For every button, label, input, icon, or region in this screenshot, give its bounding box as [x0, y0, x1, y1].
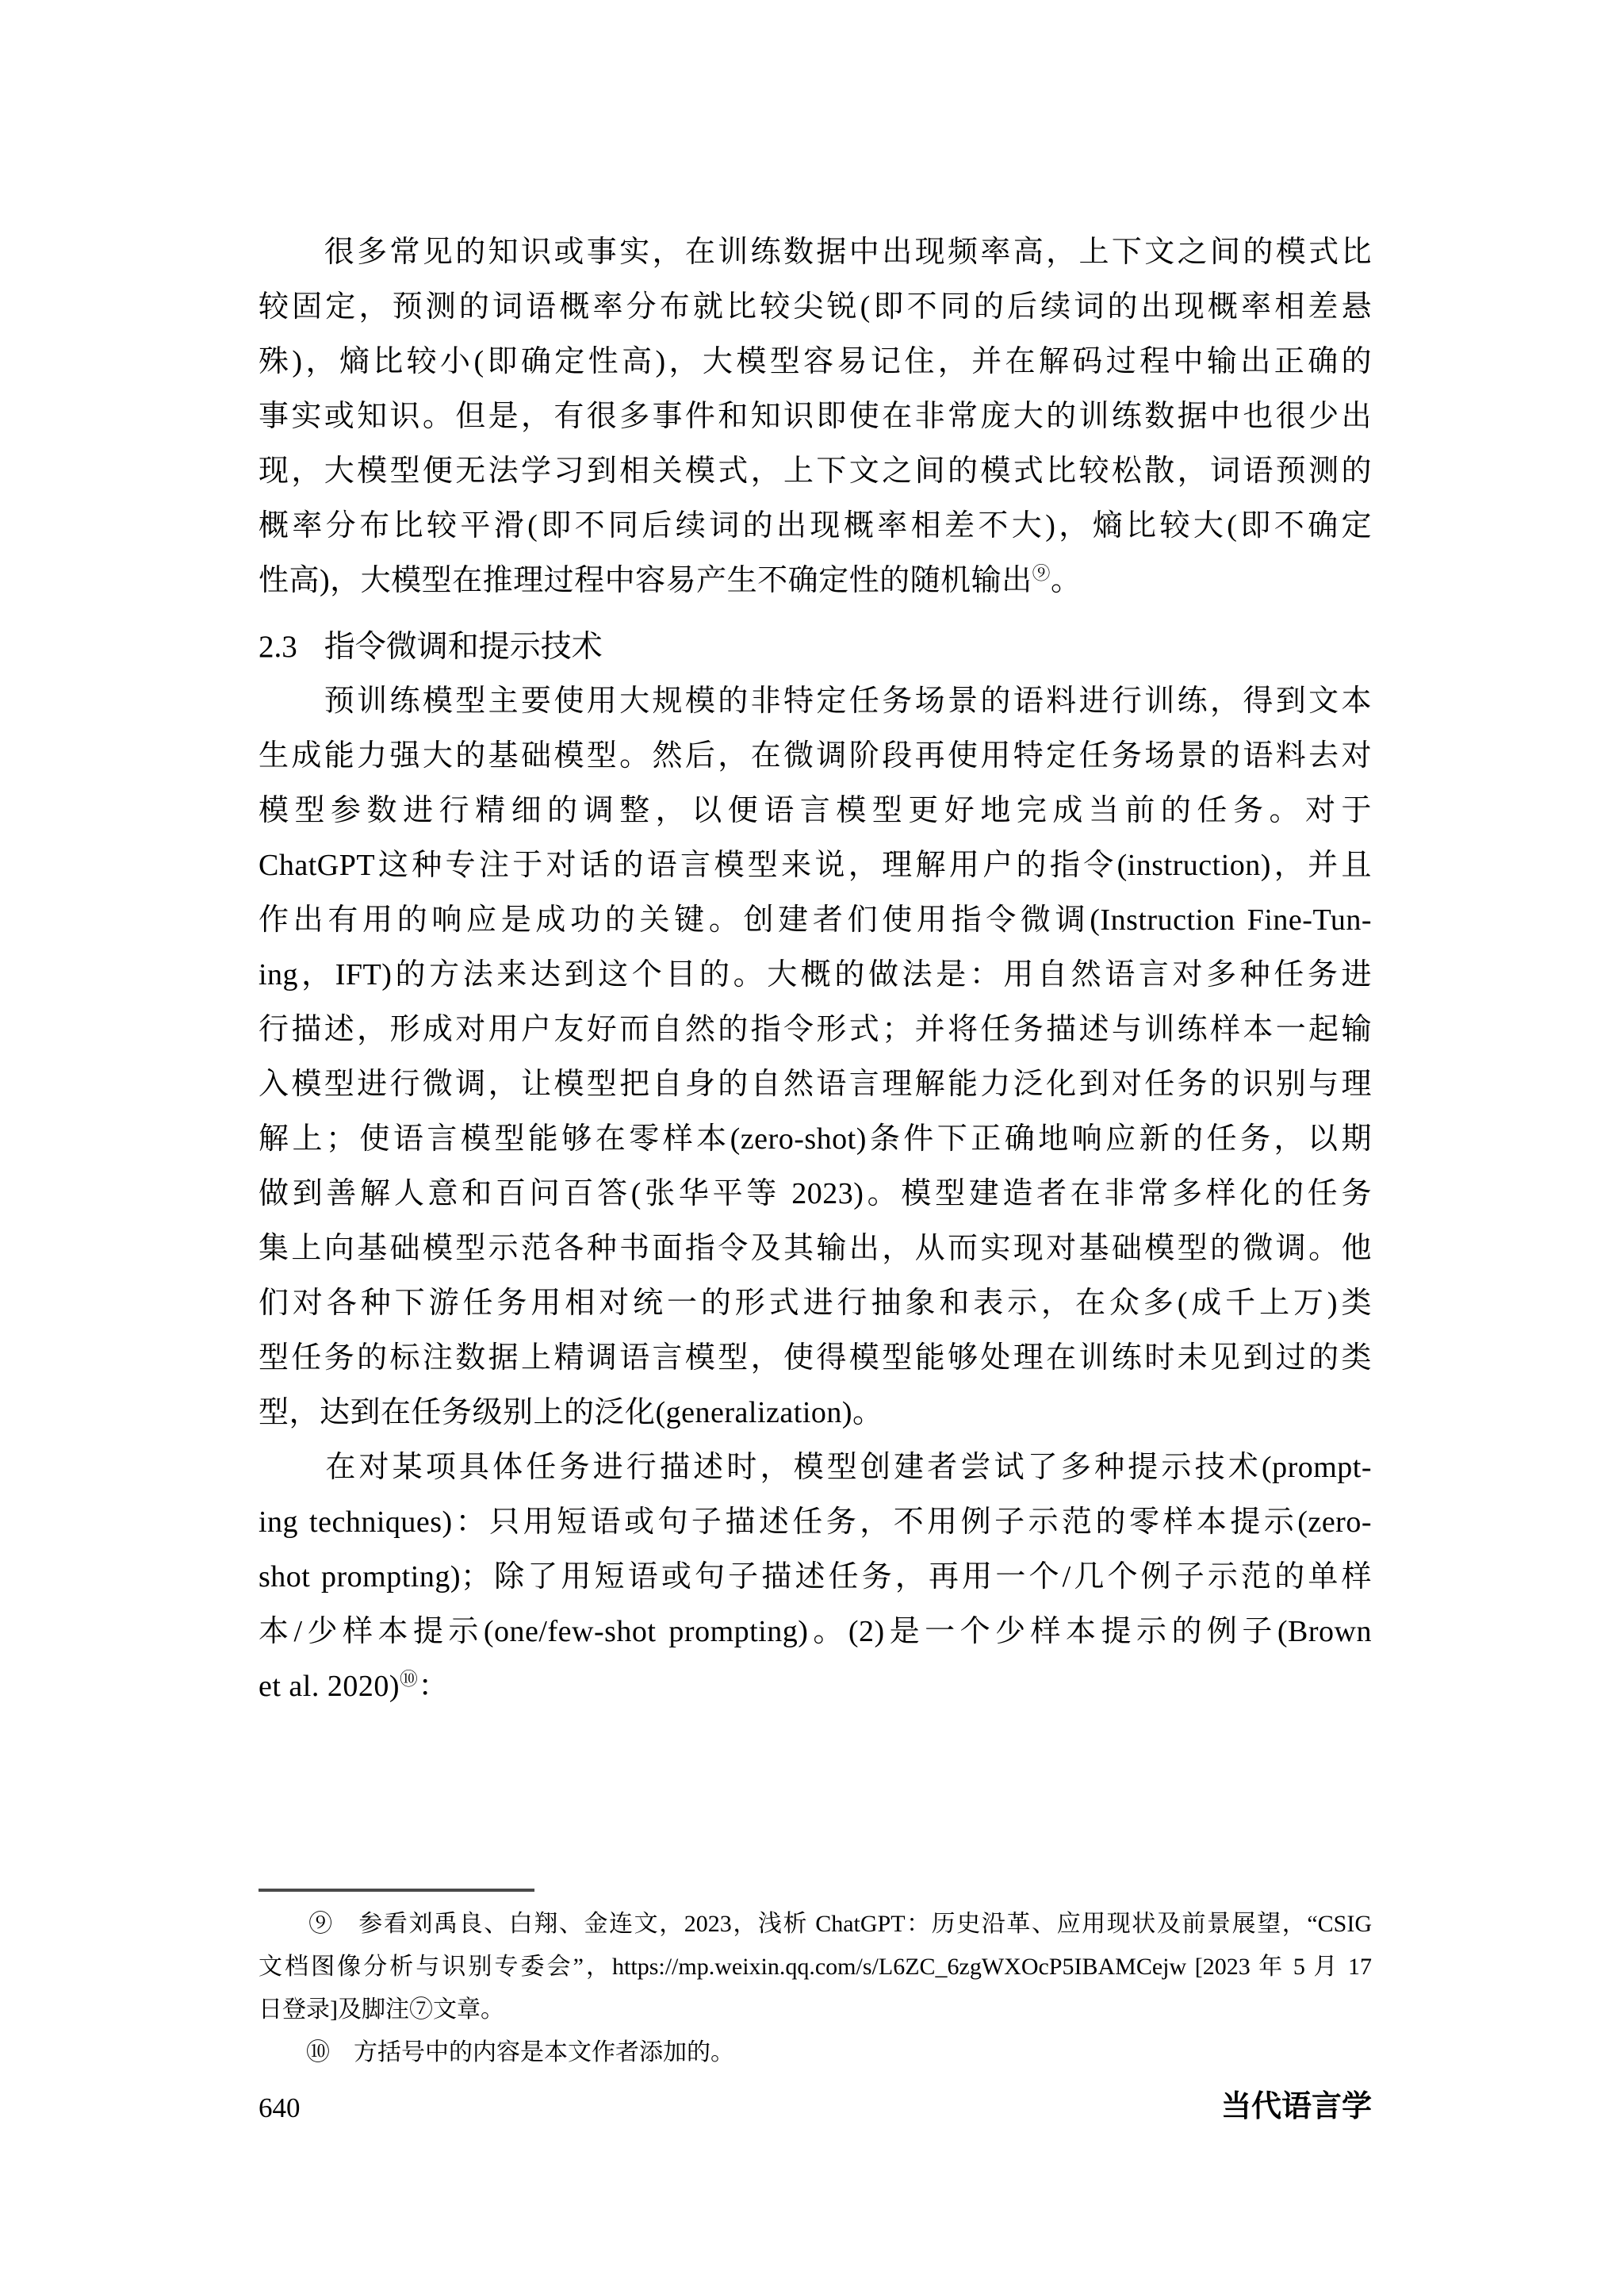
paragraph-1-line: 事实或知识。但是，有很多事件和知识即使在非常庞大的训练数据中也很少出 [259, 389, 1372, 444]
paragraph-2-line: 预训练模型主要使用大规模的非特定任务场景的语料进行训练，得到文本 [259, 674, 1372, 729]
paragraph-3-line: ing techniques)：只用短语或句子描述任务，不用例子示范的零样本提示… [259, 1495, 1372, 1550]
paragraph-3-line: 在对某项具体任务进行描述时，模型创建者尝试了多种提示技术(prompt- [259, 1440, 1372, 1495]
paragraph-2-line: 模型参数进行精细的调整，以便语言模型更好地完成当前的任务。对于 [259, 784, 1372, 838]
paragraph-2-line: 行描述，形成对用户友好而自然的指令形式；并将任务描述与训练样本一起输 [259, 1003, 1372, 1057]
paragraph-2-line: 型，达到在任务级别上的泛化(generalization)。 [259, 1386, 1372, 1440]
paragraph-3-line: shot prompting)；除了用短语或句子描述任务，再用一个/几个例子示范… [259, 1550, 1372, 1605]
paragraph-3-line: 本/少样本提示(one/few-shot prompting)。(2)是一个少样… [259, 1605, 1372, 1659]
example-block: (2)[ Instruction ]Translate English to F… [259, 1719, 1372, 1876]
footnote-separator [259, 1889, 534, 1892]
paragraph-2-line: 入模型进行微调，让模型把自身的自然语言理解能力泛化到对任务的识别与理 [259, 1057, 1372, 1112]
example-instance-1-row: [ Instance-1 ]sea otter ⇒ loutre de mer [259, 1771, 1372, 1824]
paragraph-1-line: 性高)，大模型在推理过程中容易产生不确定性的随机输出⑨。 [259, 554, 1372, 608]
paragraph-1-line: 概率分布比较平滑(即不同后续词的出现概率相差不大)，熵比较大(即不确定 [259, 499, 1372, 554]
paragraph-2-line: 解上；使语言模型能够在零样本(zero-shot)条件下正确地响应新的任务，以期 [259, 1112, 1372, 1167]
footnote-9-line: ⑨ 参看刘禹良、白翔、金连文，2023，浅析 ChatGPT：历史沿革、应用现状… [259, 1903, 1372, 1946]
paragraph-2-line: 生成能力强大的基础模型。然后，在微调阶段再使用特定任务场景的语料去对 [259, 729, 1372, 784]
paragraph-2-line: 型任务的标注数据上精调语言模型，使得模型能够处理在训练时未见到过的类 [259, 1331, 1372, 1386]
footnote-9-line: 文档图像分析与识别专委会”，https://mp.weixin.qq.com/s… [259, 1946, 1372, 1989]
example-instruction-row: (2)[ Instruction ]Translate English to F… [259, 1719, 1372, 1771]
example-instance-2-row: [ Instance-2 ]peppermint ⇒ menthe poivré… [259, 1824, 1372, 1876]
paragraph-2: 预训练模型主要使用大规模的非特定任务场景的语料进行训练，得到文本生成能力强大的基… [259, 674, 1372, 1440]
paragraph-1-line: 现，大模型便无法学习到相关模式，上下文之间的模式比较松散，词语预测的 [259, 444, 1372, 499]
journal-name: 当代语言学 [1221, 2088, 1372, 2126]
journal-page: 很多常见的知识或事实，在训练数据中出现频率高，上下文之间的模式比较固定，预测的词… [0, 0, 1624, 2282]
footnote-10-line: ⑩ 方括号中的内容是本文作者添加的。 [259, 2031, 1372, 2074]
footnote-10: ⑩ 方括号中的内容是本文作者添加的。 [259, 2031, 1372, 2074]
page-content: 很多常见的知识或事实，在训练数据中出现频率高，上下文之间的模式比较固定，预测的词… [259, 225, 1372, 2074]
footnote-9-line: 日登录]及脚注⑦文章。 [259, 1989, 1372, 2031]
section-heading: 2.3指令微调和提示技术 [259, 619, 1372, 674]
paragraph-3-line: et al. 2020)⑩： [259, 1659, 1372, 1714]
paragraph-2-line: 做到善解人意和百问百答(张华平等 2023)。模型建造者在非常多样化的任务 [259, 1167, 1372, 1222]
footnote-9: ⑨ 参看刘禹良、白翔、金连文，2023，浅析 ChatGPT：历史沿革、应用现状… [259, 1903, 1372, 2031]
paragraph-1: 很多常见的知识或事实，在训练数据中出现频率高，上下文之间的模式比较固定，预测的词… [259, 225, 1372, 608]
paragraph-2-line: ChatGPT这种专注于对话的语言模型来说，理解用户的指令(instructio… [259, 838, 1372, 893]
section-title: 指令微调和提示技术 [324, 630, 603, 664]
paragraph-3: 在对某项具体任务进行描述时，模型创建者尝试了多种提示技术(prompt-ing … [259, 1440, 1372, 1714]
paragraph-2-line: 集上向基础模型示范各种书面指令及其输出，从而实现对基础模型的微调。他 [259, 1222, 1372, 1276]
paragraph-1-line: 很多常见的知识或事实，在训练数据中出现频率高，上下文之间的模式比 [259, 225, 1372, 280]
section-number: 2.3 [259, 630, 297, 664]
paragraph-1-line: 较固定，预测的词语概率分布就比较尖锐(即不同的后续词的出现概率相差悬 [259, 280, 1372, 335]
paragraph-2-line: 们对各种下游任务用相对统一的形式进行抽象和表示，在众多(成千上万)类 [259, 1276, 1372, 1331]
paragraph-2-line: 作出有用的响应是成功的关键。创建者们使用指令微调(Instruction Fin… [259, 893, 1372, 948]
footnotes: ⑨ 参看刘禹良、白翔、金连文，2023，浅析 ChatGPT：历史沿革、应用现状… [259, 1903, 1372, 2074]
paragraph-2-line: ing，IFT)的方法来达到这个目的。大概的做法是：用自然语言对多种任务进 [259, 948, 1372, 1003]
page-number: 640 [259, 2091, 301, 2126]
paragraph-1-line: 殊)，熵比较小(即确定性高)，大模型容易记住，并在解码过程中输出正确的 [259, 335, 1372, 389]
